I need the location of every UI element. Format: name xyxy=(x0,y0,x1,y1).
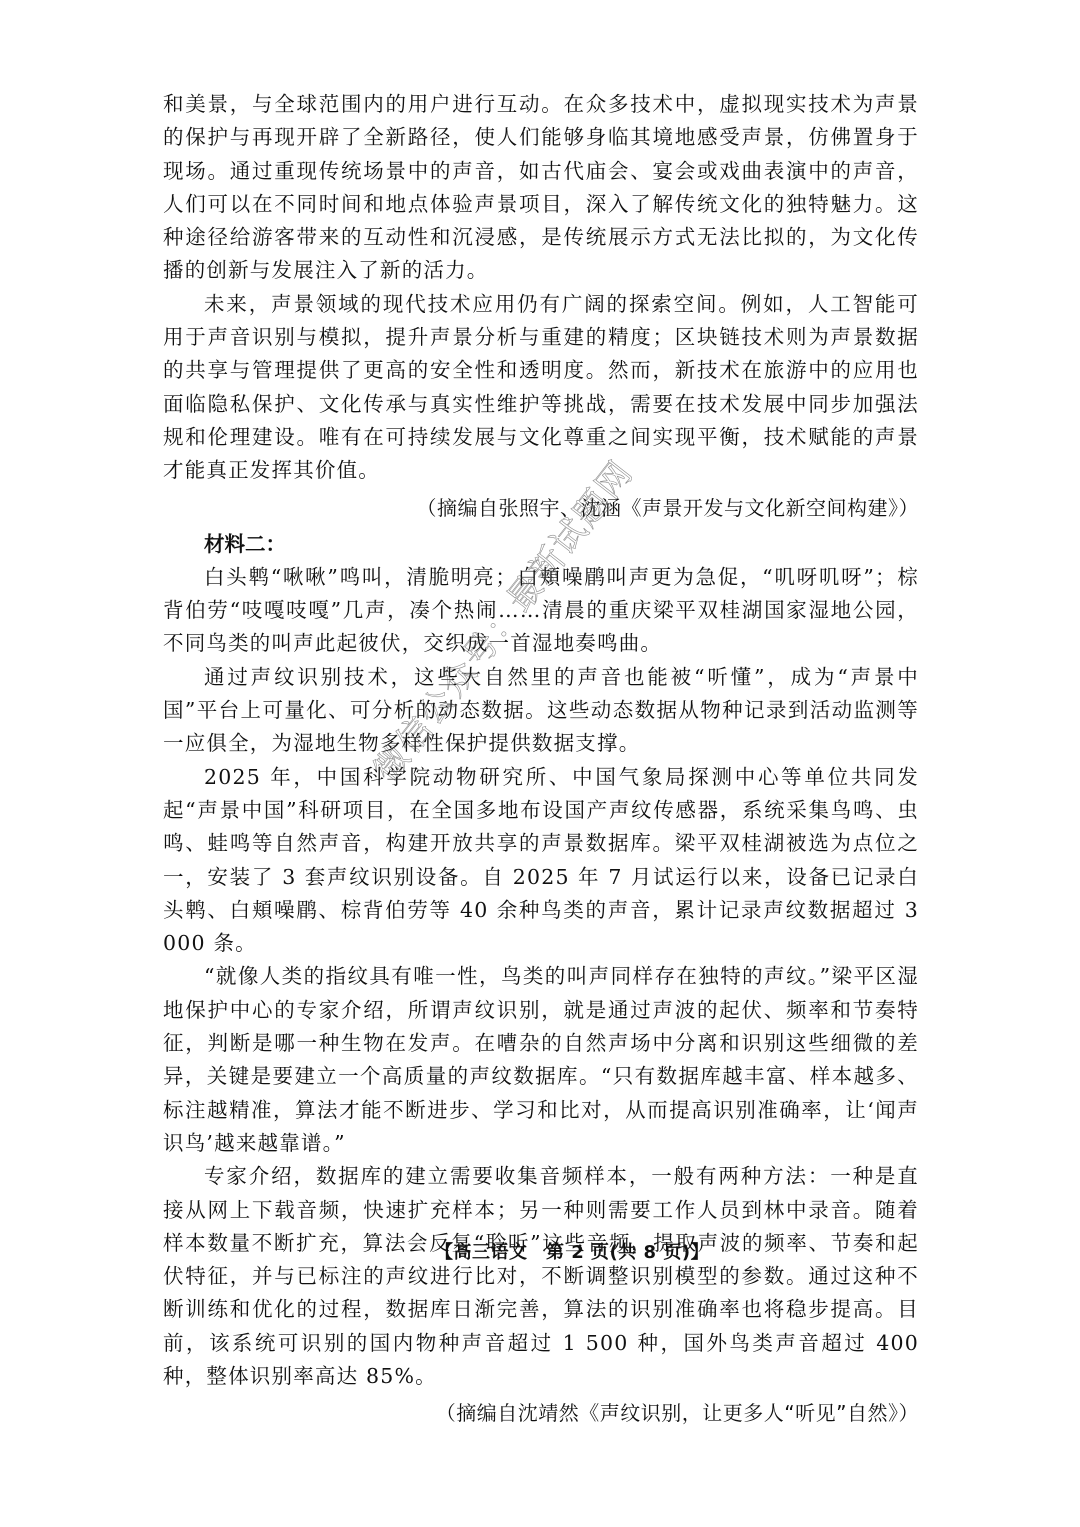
material2-paragraph-1: 白头鹎“啾啾”鸣叫，清脆明亮；白頬噪鹛叫声更为急促，“叽呀叽呀”；棕背伯劳“吱嘎… xyxy=(163,561,919,661)
material2-source-citation: （摘编自沈靖然《声纹识别，让更多人“听见”自然》） xyxy=(163,1393,919,1433)
material1-paragraph-2: 未来，声景领域的现代技术应用仍有广阔的探索空间。例如，人工智能可用于声音识别与模… xyxy=(163,288,919,488)
material1-paragraph-1: 和美景，与全球范围内的用户进行互动。在众多技术中，虚拟现实技术为声景的保护与再现… xyxy=(163,88,919,288)
material1-source-citation: （摘编自张照宇、沈涵《声景开发与文化新空间构建》） xyxy=(163,488,919,528)
material2-heading: 材料二： xyxy=(163,528,919,561)
material2-paragraph-3: 2025 年，中国科学院动物研究所、中国气象局探测中心等单位共同发起“声景中国”… xyxy=(163,761,919,961)
material2-paragraph-2: 通过声纹识别技术，这些大自然里的声音也能被“听懂”，成为“声景中国”平台上可量化… xyxy=(163,661,919,761)
exam-page-content: 和美景，与全球范围内的用户进行互动。在众多技术中，虚拟现实技术为声景的保护与再现… xyxy=(163,88,919,1433)
material2-paragraph-4: “就像人类的指纹具有唯一性，鸟类的叫声同样存在独特的声纹。”梁平区湿地保护中心的… xyxy=(163,960,919,1160)
page-footer: 【高三语文 第 2 页(共 8 页)】 xyxy=(435,1238,709,1264)
material2-paragraph-5: 专家介绍，数据库的建立需要收集音频样本，一般有两种方法：一种是直接从网上下载音频… xyxy=(163,1160,919,1393)
